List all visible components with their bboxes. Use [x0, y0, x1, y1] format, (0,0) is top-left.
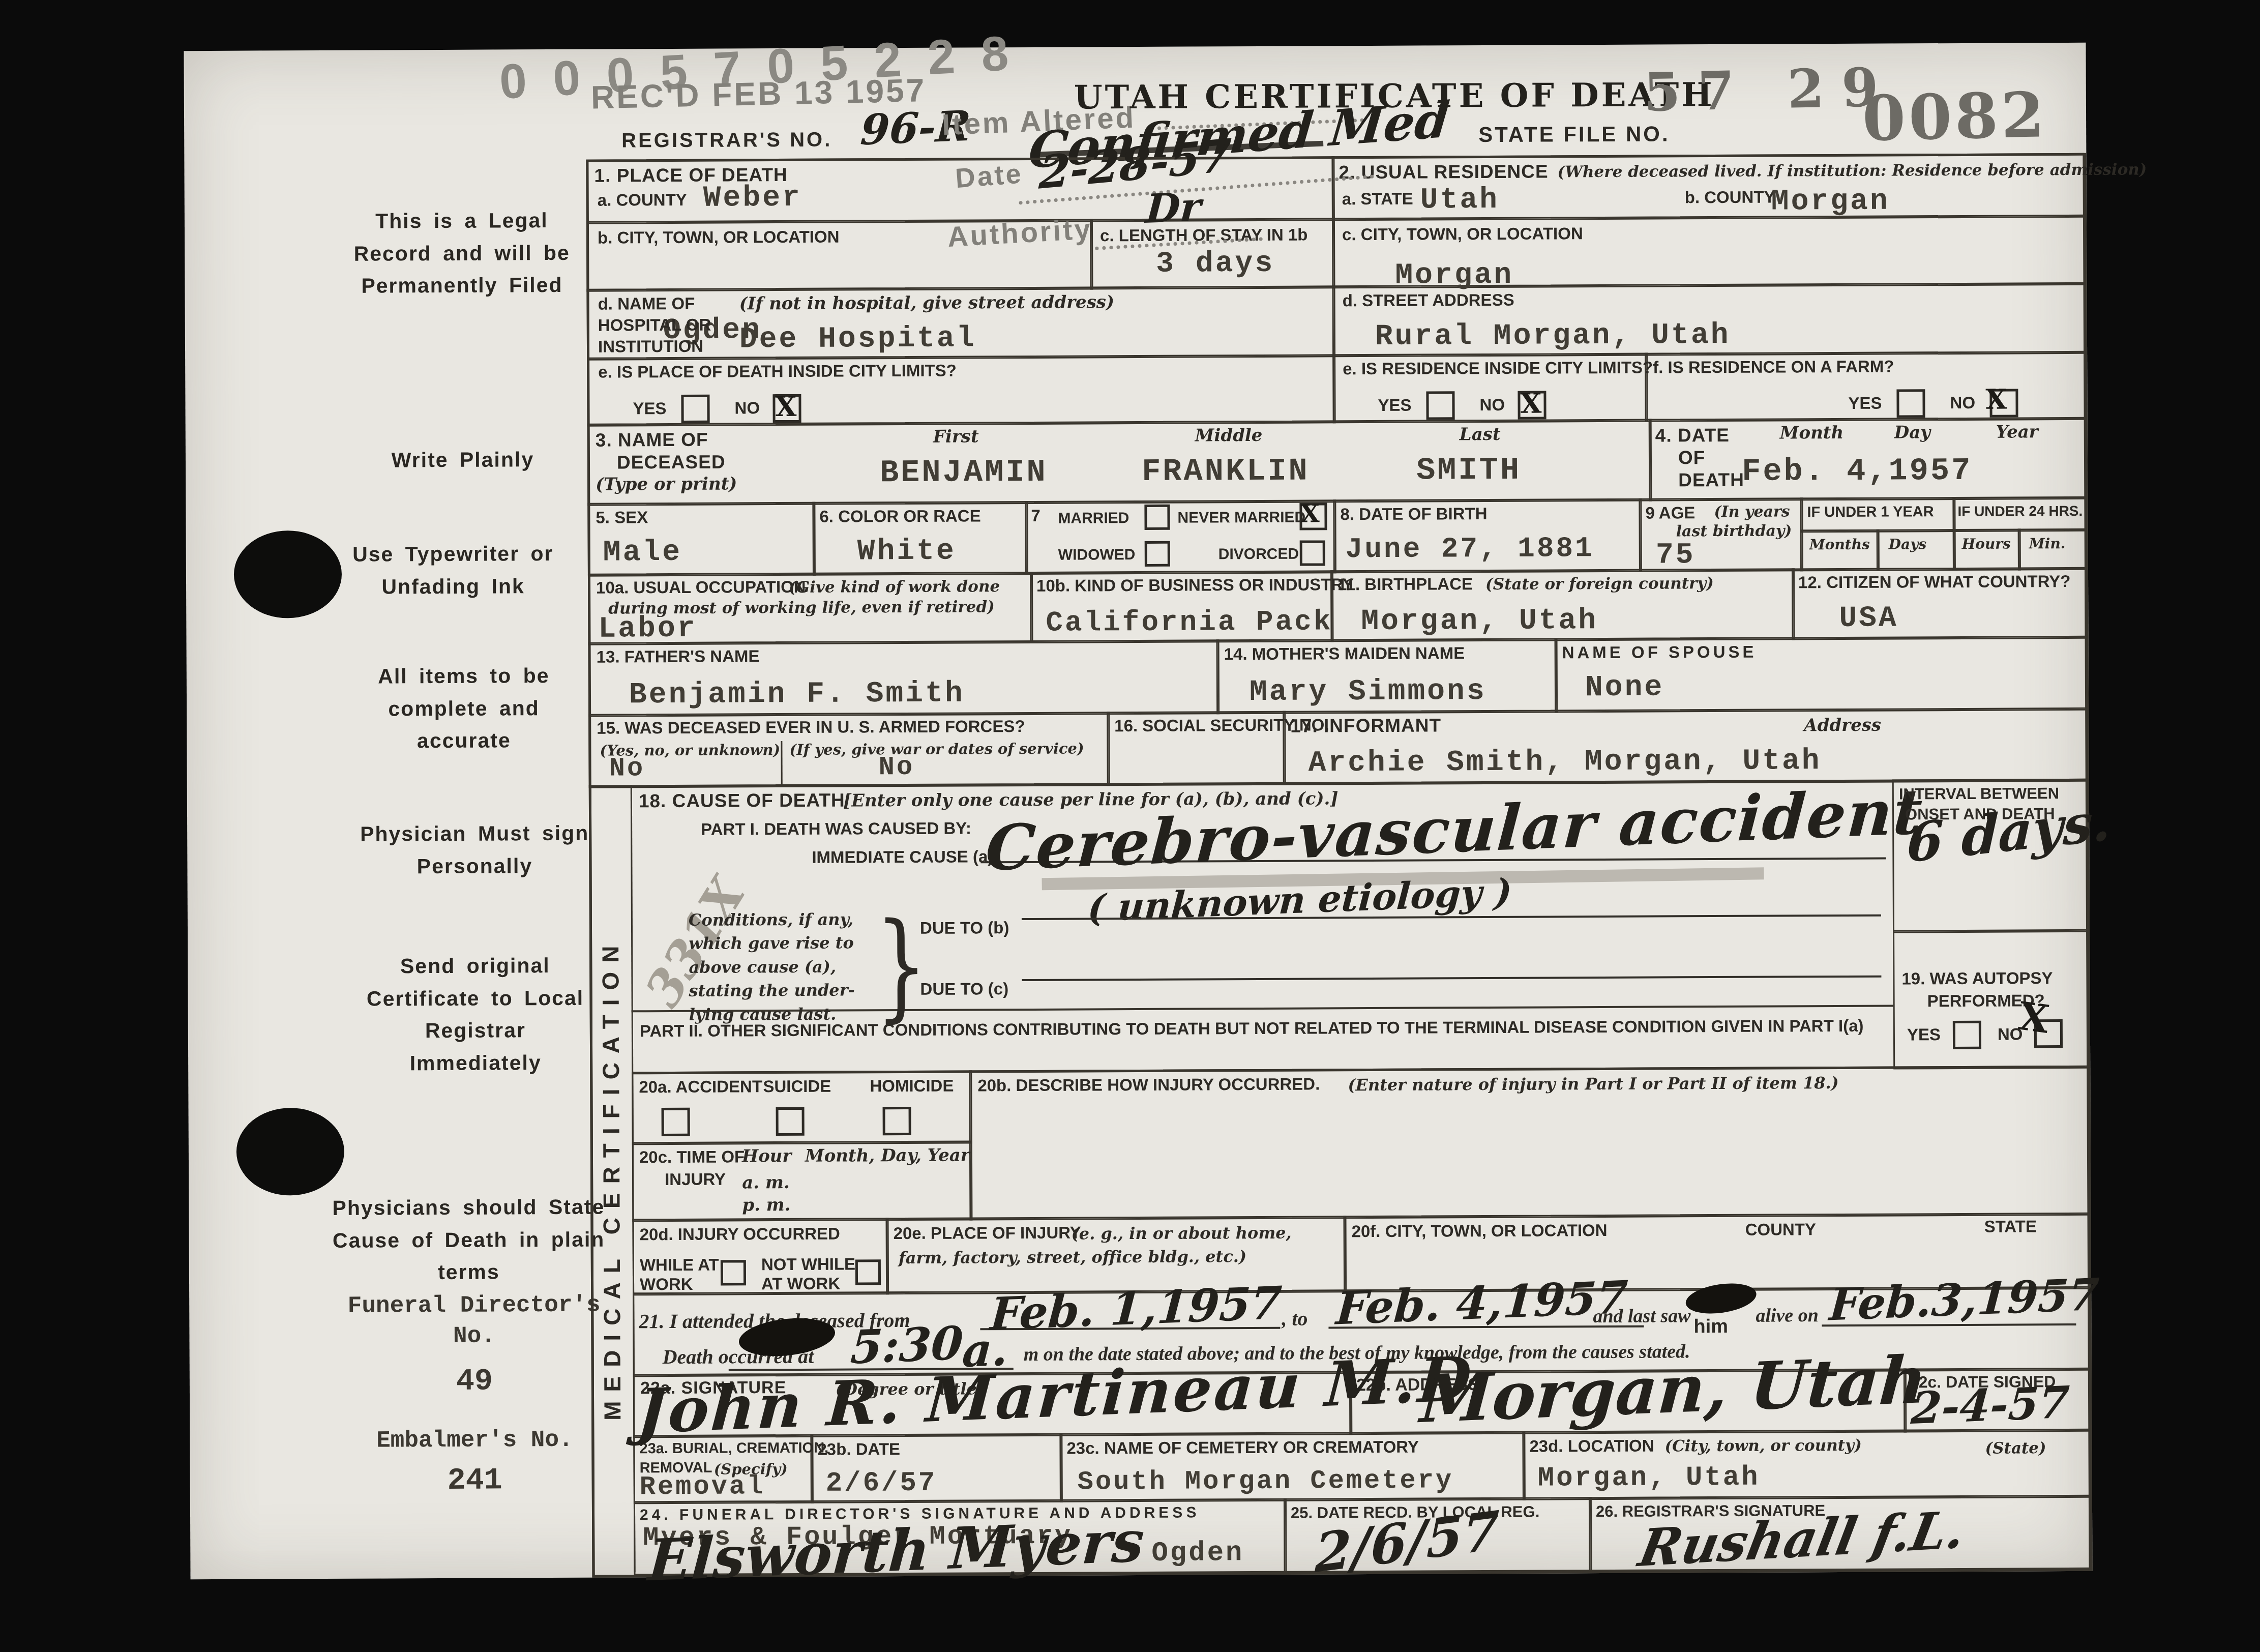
s10a-note: (Give kind of work done — [789, 577, 1000, 597]
s21-alive-text: alive on — [1756, 1304, 1819, 1327]
s18-conditions-note: Conditions, if any, which gave rise to a… — [689, 907, 857, 1026]
s18-immediate-label: IMMEDIATE CAUSE (a) — [812, 847, 993, 867]
s4-value: Feb. 4,1957 — [1742, 453, 1973, 490]
s10b-value: California Pack — [1046, 605, 1332, 639]
certificate-paper: This is a Legal Record and will be Perma… — [184, 43, 2092, 1579]
s23a-value: Removal — [640, 1471, 765, 1502]
s2e-yes-checkbox — [1426, 391, 1454, 420]
s20a-suicide-checkbox — [776, 1107, 805, 1136]
s2b-label: b. COUNTY — [1685, 188, 1775, 208]
margin-note-legal-record: This is a Legal Record and will be Perma… — [342, 204, 582, 303]
s12-label: 12. CITIZEN OF WHAT COUNTRY? — [1798, 572, 2070, 592]
s17-label: 17. INFORMANT — [1290, 715, 1441, 736]
s20b-label: 20b. DESCRIBE HOW INJURY OCCURRED. — [977, 1074, 1320, 1095]
s1d-label2: HOSPITAL OR — [598, 315, 711, 335]
s20a-homicide-label: HOMICIDE — [870, 1076, 954, 1096]
s4-day-label: Day — [1894, 422, 1930, 442]
s19-no-xmark: X — [2016, 993, 2051, 1042]
s7-married-label: MARRIED — [1058, 510, 1129, 527]
s1d-value: Dee Hospital — [739, 322, 976, 356]
s23c-value: South Morgan Cemetery — [1078, 1465, 1454, 1497]
s4-title1: 4. DATE — [1655, 425, 1730, 447]
s1c-value: 3 days — [1156, 247, 1274, 281]
s19-label1: 19. WAS AUTOPSY — [1901, 968, 2053, 988]
s10a-value: Labor — [598, 612, 697, 646]
s14-label: 14. MOTHER'S MAIDEN NAME — [1224, 643, 1465, 664]
s2a-label: a. STATE — [1342, 189, 1413, 209]
s3-title2: DECEASED — [617, 452, 726, 474]
days-label: Days — [1889, 536, 1927, 552]
s4-year-label: Year — [1996, 422, 2038, 442]
s1b-label: b. CITY, TOWN, OR LOCATION — [598, 227, 840, 248]
s2f-no-label: NO — [1950, 393, 1975, 412]
s12-value: USA — [1839, 602, 1898, 635]
s1e-no-label: NO — [734, 398, 760, 418]
s23b-value: 2/6/57 — [826, 1468, 937, 1499]
s3-first-label: First — [933, 426, 979, 447]
s18-due-b-label: DUE TO (b) — [920, 918, 1009, 938]
s2e-no-label: NO — [1479, 395, 1505, 415]
s21-him-text: him — [1693, 1316, 1728, 1338]
s6-label: 6. COLOR OR RACE — [819, 506, 980, 526]
embalmers-no-value: 241 — [343, 1461, 607, 1501]
s2f-label: f. IS RESIDENCE ON A FARM? — [1653, 357, 1894, 377]
s9-label: 9 AGE — [1645, 503, 1695, 522]
s20f-state-label: STATE — [1984, 1217, 2036, 1236]
s7-widowed-checkbox — [1145, 541, 1170, 567]
s23d-note: (City, town, or county) — [1664, 1436, 1861, 1456]
s3-middle-value: FRANKLIN — [1142, 453, 1310, 490]
punch-hole-bottom — [236, 1108, 345, 1196]
s9-value: 75 — [1656, 539, 1696, 572]
s2c-label: c. CITY, TOWN, OR LOCATION — [1342, 224, 1583, 244]
s21-to-label: , to — [1282, 1307, 1307, 1331]
s6-value: White — [857, 535, 956, 569]
s7-never-married-xmark: X — [1300, 499, 1319, 528]
s20b-note: (Enter nature of injury in Part I or Par… — [1348, 1073, 1839, 1095]
s21-last-handwriting: Feb.3,1957 — [1828, 1268, 2101, 1331]
s18-label: 18. CAUSE OF DEATH — [639, 790, 845, 812]
s10a-label: 10a. USUAL OCCUPATION — [596, 577, 806, 598]
s2f-yes-checkbox — [1896, 389, 1925, 418]
s23d-value: Morgan, Utah — [1538, 1462, 1760, 1494]
s23d-label: 23d. LOCATION — [1529, 1436, 1654, 1456]
s7-divorced-label: DIVORCED — [1218, 546, 1299, 564]
margin-note-physician-sign: Physician Must sign Personally — [355, 817, 594, 883]
s8-value: June 27, 1881 — [1346, 532, 1594, 566]
s2c-value: Morgan — [1395, 259, 1513, 292]
s1d-label1: d. NAME OF — [598, 294, 695, 314]
s4-title3: DEATH — [1678, 469, 1744, 491]
s1e-yes-label: YES — [633, 399, 666, 418]
s20c-hour-label: Hour — [742, 1146, 792, 1166]
s24-city-value: Ogden — [1151, 1538, 1244, 1569]
s20c-am-label: a. m. — [742, 1172, 790, 1193]
spouse-value: None — [1585, 671, 1664, 704]
s3-last-value: SMITH — [1416, 452, 1521, 489]
s18-part1-label: PART I. DEATH WAS CAUSED BY: — [701, 818, 971, 839]
margin-note-plain-terms: Physicians should State Cause of Death i… — [326, 1191, 611, 1289]
hours-label: Hours — [1962, 536, 2011, 552]
embalmers-no-label: Embalmer's No. — [342, 1425, 607, 1457]
s18-due-c-label: DUE TO (c) — [920, 979, 1008, 999]
s20d-notwhile-checkbox — [855, 1259, 881, 1285]
s20a-homicide-checkbox — [883, 1107, 911, 1135]
s7-divorced-checkbox — [1300, 540, 1325, 566]
punch-hole-top — [234, 530, 342, 618]
date-stamp-label: Date — [954, 158, 1024, 194]
s9-note: (In years — [1714, 503, 1790, 521]
s19-yes-label: YES — [1907, 1025, 1941, 1044]
s13-label: 13. FATHER'S NAME — [597, 646, 760, 666]
s20c-label2: INJURY — [665, 1170, 726, 1190]
s20a-label: 20a. ACCIDENT — [639, 1077, 762, 1097]
s2a-value: Utah — [1420, 184, 1500, 217]
s20d-label: 20d. INJURY OCCURRED — [640, 1224, 840, 1245]
s20c-label1: 20c. TIME OF — [639, 1147, 745, 1167]
s8-label: 8. DATE OF BIRTH — [1340, 504, 1487, 524]
s11-value: Morgan, Utah — [1361, 604, 1598, 638]
spouse-label: NAME OF SPOUSE — [1562, 642, 1757, 663]
s3-note: (Type or print) — [596, 474, 737, 494]
s20a-suicide-label: SUICIDE — [763, 1077, 831, 1097]
s2-title: 2. USUAL RESIDENCE — [1339, 161, 1548, 183]
s2b-value: Morgan — [1771, 185, 1890, 219]
s4-title2: OF — [1678, 447, 1706, 468]
registrar-no-label: REGISTRAR'S NO. — [621, 129, 832, 153]
s15-value2: No — [878, 752, 914, 782]
s20d-while-label1: WHILE AT — [640, 1255, 719, 1275]
s11-note: (State or foreign country) — [1485, 574, 1714, 594]
s1e-label: e. IS PLACE OF DEATH INSIDE CITY LIMITS? — [598, 361, 957, 382]
funeral-directors-no-value: 49 — [342, 1362, 607, 1402]
s2f-yes-label: YES — [1848, 394, 1882, 413]
s20f-county-label: COUNTY — [1745, 1220, 1817, 1240]
s15-label: 15. WAS DECEASED EVER IN U. S. ARMED FOR… — [597, 717, 1025, 738]
margin-note-write-plainly: Write Plainly — [343, 444, 582, 477]
s21-mid-text: and last saw — [1593, 1305, 1690, 1327]
s2e-yes-label: YES — [1378, 396, 1411, 415]
s20a-accident-checkbox — [662, 1108, 690, 1136]
file-number-stamp-left: 57 29 — [1643, 55, 1896, 124]
s7-married-checkbox — [1144, 505, 1170, 530]
s23c-label: 23c. NAME OF CEMETERY OR CREMATORY — [1066, 1437, 1419, 1458]
s2f-no-xmark: X — [1985, 383, 2007, 416]
s1d-label3: INSTITUTION — [598, 337, 703, 357]
funeral-directors-no-label: Funeral Director's No. — [342, 1290, 607, 1352]
s19-yes-checkbox — [1953, 1021, 1981, 1049]
s20e-label: 20e. PLACE OF INJURY — [894, 1223, 1081, 1243]
s3-last-label: Last — [1460, 424, 1501, 445]
s20d-while-label2: WORK — [640, 1275, 693, 1294]
s7-never-married-label: NEVER MARRIED — [1177, 509, 1305, 527]
under1yr-label: IF UNDER 1 YEAR — [1807, 504, 1934, 521]
authority-handwriting: Dr — [1144, 184, 1203, 232]
s1a-label: a. COUNTY — [598, 190, 687, 210]
date-signed-handwriting: 2-4-57 — [1910, 1376, 2071, 1434]
s2-note: (Where deceased lived. If institution: R… — [1557, 160, 2147, 181]
s11-label: 11. BIRTHPLACE — [1337, 574, 1473, 594]
s3-middle-label: Middle — [1195, 425, 1263, 446]
s20d-while-checkbox — [721, 1260, 746, 1285]
s20e-note2: farm, factory, street, office bldg., etc… — [899, 1247, 1246, 1267]
margin-note-typewriter: Use Typewriter or Unfading Ink — [334, 538, 573, 603]
margin-note-complete-accurate: All items to be complete and accurate — [344, 660, 584, 758]
s20d-notwhile-label2: AT WORK — [761, 1274, 840, 1294]
s13-value: Benjamin F. Smith — [629, 677, 965, 712]
state-file-no-label: STATE FILE NO. — [1478, 122, 1670, 147]
s23b-label: 23b. DATE — [817, 1439, 900, 1459]
s7-widowed-label: WIDOWED — [1058, 546, 1136, 564]
s17-address-label: Address — [1804, 715, 1881, 736]
s2d-label: d. STREET ADDRESS — [1343, 290, 1514, 310]
medical-certification-vertical-label: MEDICAL CERTIFICATION — [589, 785, 634, 1572]
s20f-label: 20f. CITY, TOWN, OR LOCATION — [1352, 1221, 1608, 1241]
s1d-note: (If not in hospital, give street address… — [739, 292, 1115, 314]
s15-note2: (If yes, give war or dates of service) — [789, 740, 1084, 758]
under24-label: IF UNDER 24 HRS. — [1957, 503, 2083, 520]
s5-label: 5. SEX — [596, 508, 648, 527]
s2e-no-xmark: X — [1520, 387, 1541, 420]
scanned-death-certificate: This is a Legal Record and will be Perma… — [0, 0, 2260, 1652]
s10b-label: 10b. KIND OF BUSINESS OR INDUSTRY — [1036, 575, 1354, 596]
s20e-note: (e. g., in or about home, — [1072, 1223, 1292, 1244]
s1a-value: Weber — [703, 182, 802, 215]
file-number-stamp-right: 0082 — [1862, 78, 2048, 155]
certificate-title: UTAH CERTIFICATE OF DEATH — [1074, 76, 1715, 116]
s2d-value: Rural Morgan, Utah — [1375, 319, 1731, 353]
s14-value: Mary Simmons — [1250, 675, 1486, 709]
s20d-notwhile-label1: NOT WHILE — [761, 1254, 855, 1274]
s15-value1: No — [609, 753, 645, 783]
s17-value: Archie Smith, Morgan, Utah — [1308, 745, 1821, 780]
s20c-mdy-label: Month, Day, Year — [805, 1145, 970, 1166]
s1e-no-xmark: X — [775, 390, 796, 423]
cell-15-subdivider — [781, 741, 782, 784]
s20c-pm-label: p. m. — [742, 1195, 790, 1215]
min-label: Min. — [2029, 535, 2066, 552]
s1e-yes-checkbox — [681, 395, 709, 423]
s5-value: Male — [603, 536, 682, 570]
margin-note-send-original: Send original Certificate to Local Regis… — [355, 950, 595, 1080]
s3-first-value: BENJAMIN — [880, 454, 1048, 491]
s9-note2: last birthday) — [1676, 522, 1792, 540]
s4-month-label: Month — [1780, 423, 1844, 444]
s3-title1: 3. NAME OF — [596, 429, 708, 451]
s23d-state-note: (State) — [1985, 1439, 2046, 1458]
s2e-label: e. IS RESIDENCE INSIDE CITY LIMITS? — [1343, 358, 1653, 379]
s7-number: 7 — [1031, 506, 1040, 525]
months-label: Months — [1809, 536, 1870, 553]
